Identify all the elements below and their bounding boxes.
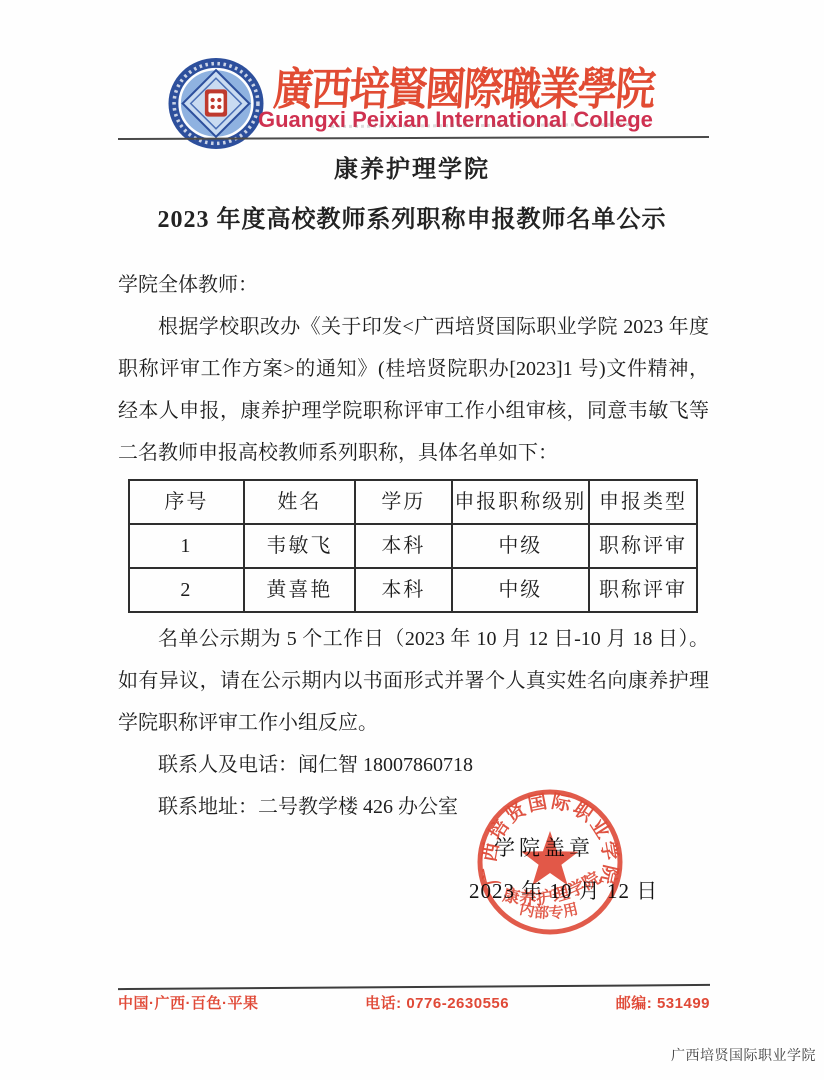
table-header-cell: 申报职称级别 — [452, 480, 589, 524]
table-cell: 韦敏飞 — [244, 524, 355, 568]
official-seal-stamp: 广西培贤国际职业学院 康养护理学院 内部专用 — [470, 785, 630, 939]
seal-star-icon — [522, 831, 579, 885]
table-cell: 中级 — [452, 524, 589, 568]
table-cell: 1 — [129, 524, 244, 568]
footer: 中国·广西·百色·平果 电话: 0776-2630556 邮编: 531499 — [118, 992, 710, 1013]
footer-postal: 邮编: 531499 — [616, 992, 710, 1013]
document-body: 学院全体教师： 根据学校职改办《关于印发<广西培贤国际职业学院 2023 年度职… — [118, 264, 709, 828]
document-page: 廣西培賢國際職業學院 Guangxi Peixian International… — [0, 0, 824, 1080]
intro-paragraph: 根据学校职改办《关于印发<广西培贤国际职业学院 2023 年度职称评审工作方案>… — [118, 306, 709, 474]
college-name-en: Guangxi Peixian International College — [258, 107, 658, 133]
table-cell: 中级 — [452, 568, 589, 612]
table-cell: 本科 — [355, 524, 452, 568]
table-cell: 黄喜艳 — [244, 568, 355, 612]
table-cell: 2 — [129, 568, 244, 612]
table-header-row: 序号 姓名 学历 申报职称级别 申报类型 — [129, 480, 697, 524]
publicity-paragraph: 名单公示期为 5 个工作日（2023 年 10 月 12 日-10 月 18 日… — [118, 618, 709, 744]
contact-person-line: 联系人及电话：闻仁智 18007860718 — [118, 744, 709, 786]
footer-divider — [118, 984, 710, 990]
table-row: 2 黄喜艳 本科 中级 职称评审 — [129, 568, 697, 612]
department-title: 康养护理学院 — [0, 149, 824, 184]
table-header-cell: 学历 — [355, 480, 452, 524]
salutation: 学院全体教师： — [118, 264, 709, 306]
footer-location: 中国·广西·百色·平果 — [118, 992, 259, 1013]
table-cell: 本科 — [355, 568, 452, 612]
footer-phone: 电话: 0776-2630556 — [365, 992, 509, 1013]
applicants-table: 序号 姓名 学历 申报职称级别 申报类型 1 韦敏飞 本科 中级 职称评审 2 — [128, 479, 698, 613]
notice-title: 2023 年度高校教师系列职称申报教师名单公示 — [0, 199, 824, 234]
table-cell: 职称评审 — [589, 524, 697, 568]
table-header-cell: 序号 — [129, 480, 244, 524]
table-header-cell: 申报类型 — [589, 480, 697, 524]
page-watermark: 广西培贤国际职业学院 — [671, 1045, 816, 1065]
title-block: 康养护理学院 2023 年度高校教师系列职称申报教师名单公示 — [0, 149, 824, 234]
table-header-cell: 姓名 — [244, 480, 355, 524]
table-cell: 职称评审 — [589, 568, 697, 612]
table-row: 1 韦敏飞 本科 中级 职称评审 — [129, 524, 697, 568]
